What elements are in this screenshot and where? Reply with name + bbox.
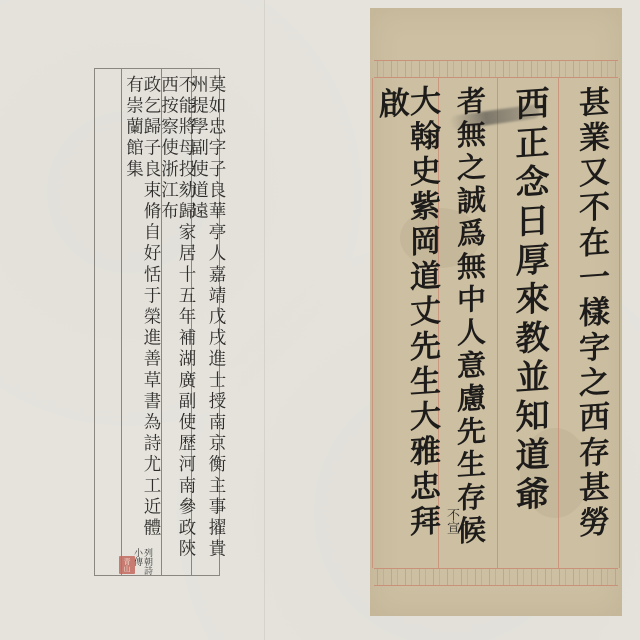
fret-border-top — [374, 60, 618, 78]
biographical-note-box: 莫如忠字子良華亭人嘉靖戊戌進士授南京衡主事擢貴州提學副使道遠 不能將母投劾歸家居… — [94, 68, 220, 576]
letter-small-annotation: 不宣 — [442, 508, 461, 534]
note-column-3: 政乞歸子良束脩自好恬于榮進善草書為詩尤工近體有崇蘭館集 列朝詩 小傳 — [121, 69, 161, 575]
letter-column-1: 甚業又不在一樣字之西存甚勞 — [562, 86, 618, 566]
fret-border-bottom — [374, 568, 618, 586]
note-column-text: 不能將母投劾歸家居十五年補湖廣副使歷河南參政陝西按察使浙江布 — [159, 75, 194, 575]
column-rule — [372, 78, 373, 568]
letter-column-2: 西正念日厚來教並知道爺 — [501, 86, 557, 566]
letter-column-text: 者無之誠爲無中人意慮先生存候 — [455, 85, 484, 549]
letter-column-text: 甚業又不在一樣字之西存甚勞 — [575, 85, 606, 542]
letter-column-text: 大翰史紫岡道丈先生大雅忠拜啟 — [375, 84, 437, 568]
note-column-2: 不能將母投劾歸家居十五年補湖廣副使歷河南參政陝西按察使浙江布 — [161, 69, 191, 575]
letter-column-text: 西正念日厚來教並知道爺 — [512, 85, 546, 516]
letter-column-4: 大翰史紫岡道丈先生大雅忠拜啟 — [376, 86, 436, 566]
note-column-empty — [95, 69, 121, 575]
letter-column-3: 者無之誠爲無中人意慮先生存候 — [441, 86, 497, 566]
column-rule — [558, 78, 559, 568]
column-rule — [497, 78, 498, 568]
colophon-line: 列朝詩 — [142, 548, 151, 575]
column-rule — [619, 78, 620, 568]
letter-panel: 甚業又不在一樣字之西存甚勞 西正念日厚來教並知道爺 者無之誠爲無中人意慮先生存候… — [370, 8, 622, 616]
seal-text: 青山 — [123, 558, 131, 572]
red-seal-stamp: 青山 — [119, 556, 135, 574]
note-column-text: 政乞歸子良束脩自好恬于榮進善草書為詩尤工近體有崇蘭館集 — [124, 75, 159, 548]
album-fold-line — [264, 0, 265, 640]
